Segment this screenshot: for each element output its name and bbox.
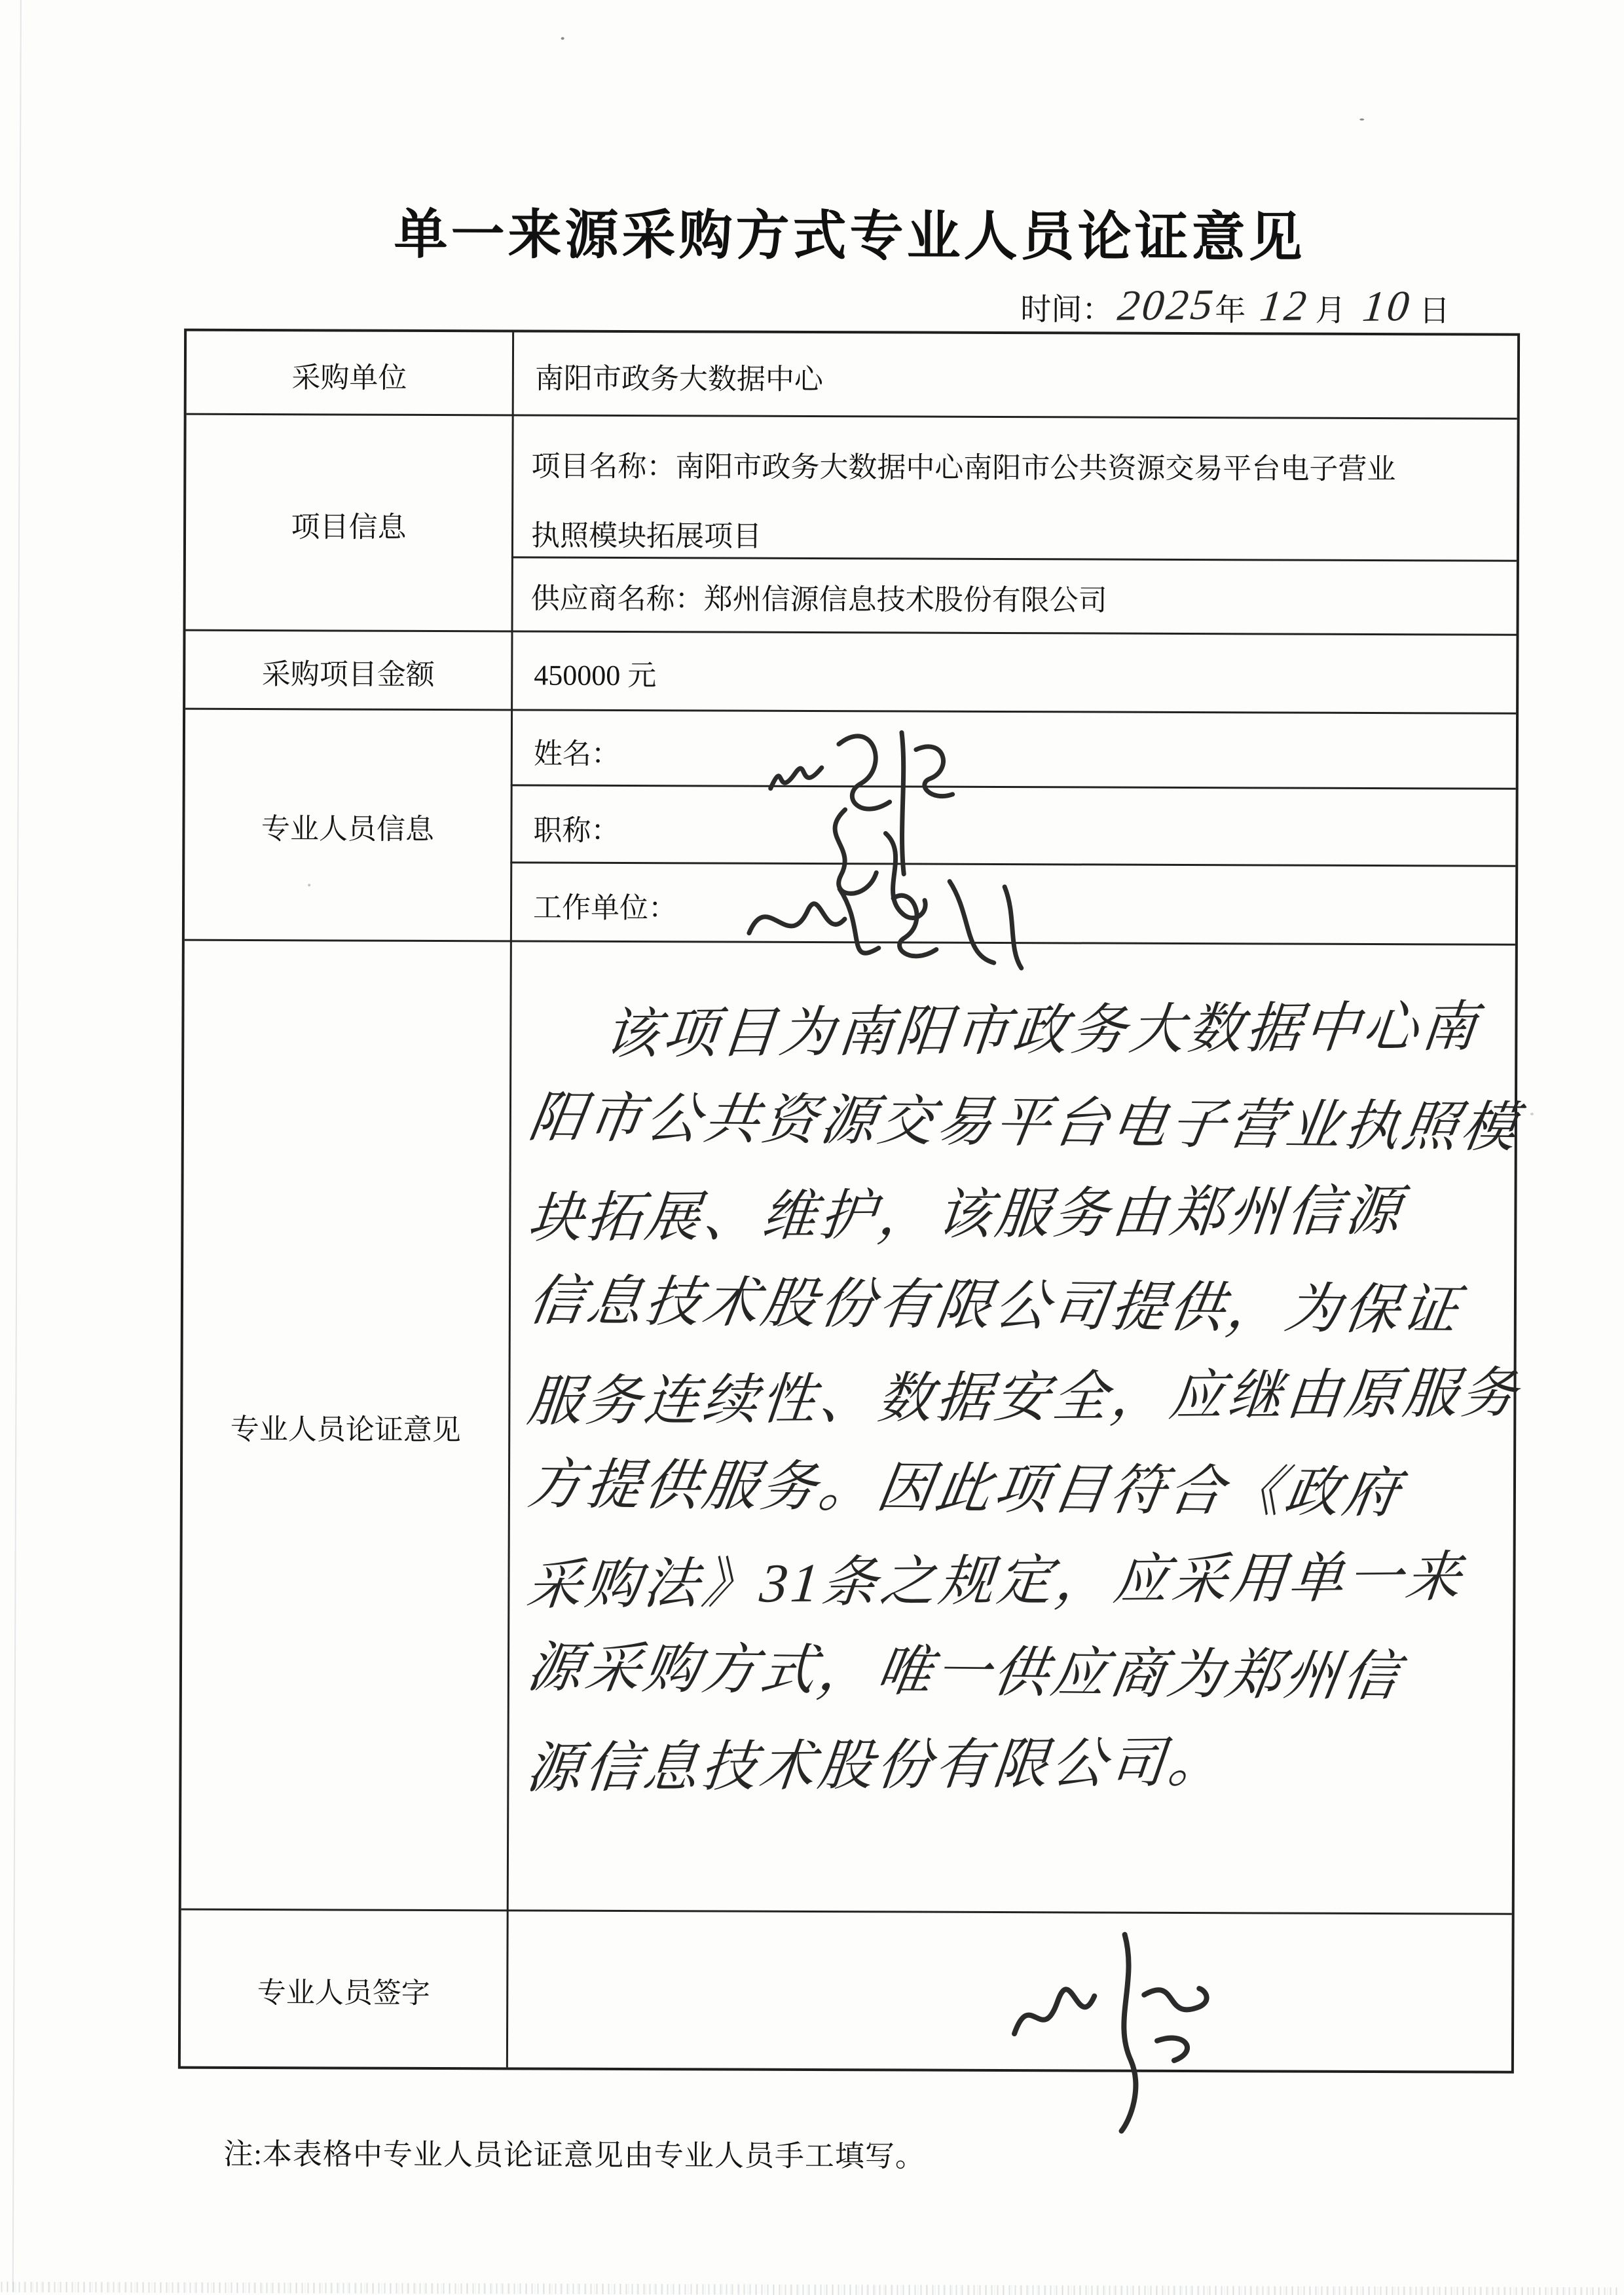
handwritten-month: 12 xyxy=(1257,281,1311,331)
day-unit: 日 xyxy=(1419,294,1450,328)
scan-speck xyxy=(561,37,564,40)
handwritten-year: 2025 xyxy=(1115,280,1218,331)
purchaser-value: 南阳市政务大数据中心 xyxy=(535,355,823,398)
handwritten-unit-scribble xyxy=(741,869,1050,985)
page-title: 单一来源采购方式专业人员论证意见 xyxy=(394,192,1305,272)
supplier-value: 供应商名称：郑州信源信息技术股份有限公司 xyxy=(531,574,1107,618)
opinion-line: 方提供服务。因此项目符合《政府 xyxy=(521,1439,1508,1540)
label-amount: 采购项目金额 xyxy=(185,650,511,694)
opinion-line: 块拓展、维护，该服务由郑州信源 xyxy=(524,1165,1507,1265)
date-line: 时间： 2025 年 12 月 10 日 xyxy=(1020,281,1450,332)
subrow-border xyxy=(510,861,1515,867)
label-signature: 专业人员签字 xyxy=(181,1969,506,2012)
amount-value: 450000 元 xyxy=(534,652,656,694)
opinion-line: 服务连续性、数据安全，应继由原服务 xyxy=(523,1349,1507,1449)
scanned-document-page: 单一来源采购方式专业人员论证意见 时间： 2025 年 12 月 10 日 采购… xyxy=(0,0,1624,2295)
title-label: 职称： xyxy=(533,807,619,849)
scanner-edge-line xyxy=(12,0,22,2292)
label-opinion: 专业人员论证意见 xyxy=(183,1406,508,1449)
scan-noise-band xyxy=(0,2282,1619,2295)
scan-speck xyxy=(1530,1113,1534,1115)
scan-speck xyxy=(1359,119,1364,121)
opinion-line: 源信息技术股份有限公司。 xyxy=(522,1715,1505,1816)
opinion-line: 信息技术股份有限公司提供，为保证 xyxy=(522,1256,1509,1357)
form-table: 采购单位 项目信息 采购项目金额 专业人员信息 专业人员论证意见 专业人员签字 … xyxy=(178,329,1520,2074)
row-border xyxy=(186,629,1517,636)
subrow-border xyxy=(511,784,1516,789)
row-border xyxy=(187,413,1517,420)
opinion-line: 该项目为南阳市政务大数据中心南 xyxy=(525,982,1508,1082)
project-name-line2: 执照模块拓展项目 xyxy=(531,501,762,571)
column-divider xyxy=(506,332,514,2067)
project-name-line1: 项目名称：南阳市政务大数据中心南阳市公共资源交易平台电子营业 xyxy=(531,432,1395,505)
handwritten-day: 10 xyxy=(1360,282,1414,332)
row-border xyxy=(181,1909,1512,1915)
opinion-handwriting-block: 该项目为南阳市政务大数据中心南 阳市公共资源交易平台电子营业执照模 块拓展、维护… xyxy=(526,984,1503,1812)
unit-label: 工作单位： xyxy=(533,884,677,927)
opinion-line: 源采购方式，唯一供应商为郑州信 xyxy=(521,1622,1507,1724)
opinion-line: 采购法》31条之规定，应采用单一来 xyxy=(523,1532,1506,1632)
year-unit: 年 xyxy=(1215,293,1246,327)
month-unit: 月 xyxy=(1315,294,1346,328)
name-label: 姓名： xyxy=(534,730,620,772)
label-personnel: 专业人员信息 xyxy=(185,805,510,848)
label-purchaser: 采购单位 xyxy=(187,354,512,397)
handwritten-signature-scribble xyxy=(1002,1922,1232,2139)
label-project: 项目信息 xyxy=(186,503,511,546)
footnote: 注:本表格中专业人员论证意见由专业人员手工填写。 xyxy=(223,2130,925,2175)
opinion-line: 阳市公共资源交易平台电子营业执照模 xyxy=(523,1072,1509,1174)
date-label: 时间： xyxy=(1020,293,1113,327)
